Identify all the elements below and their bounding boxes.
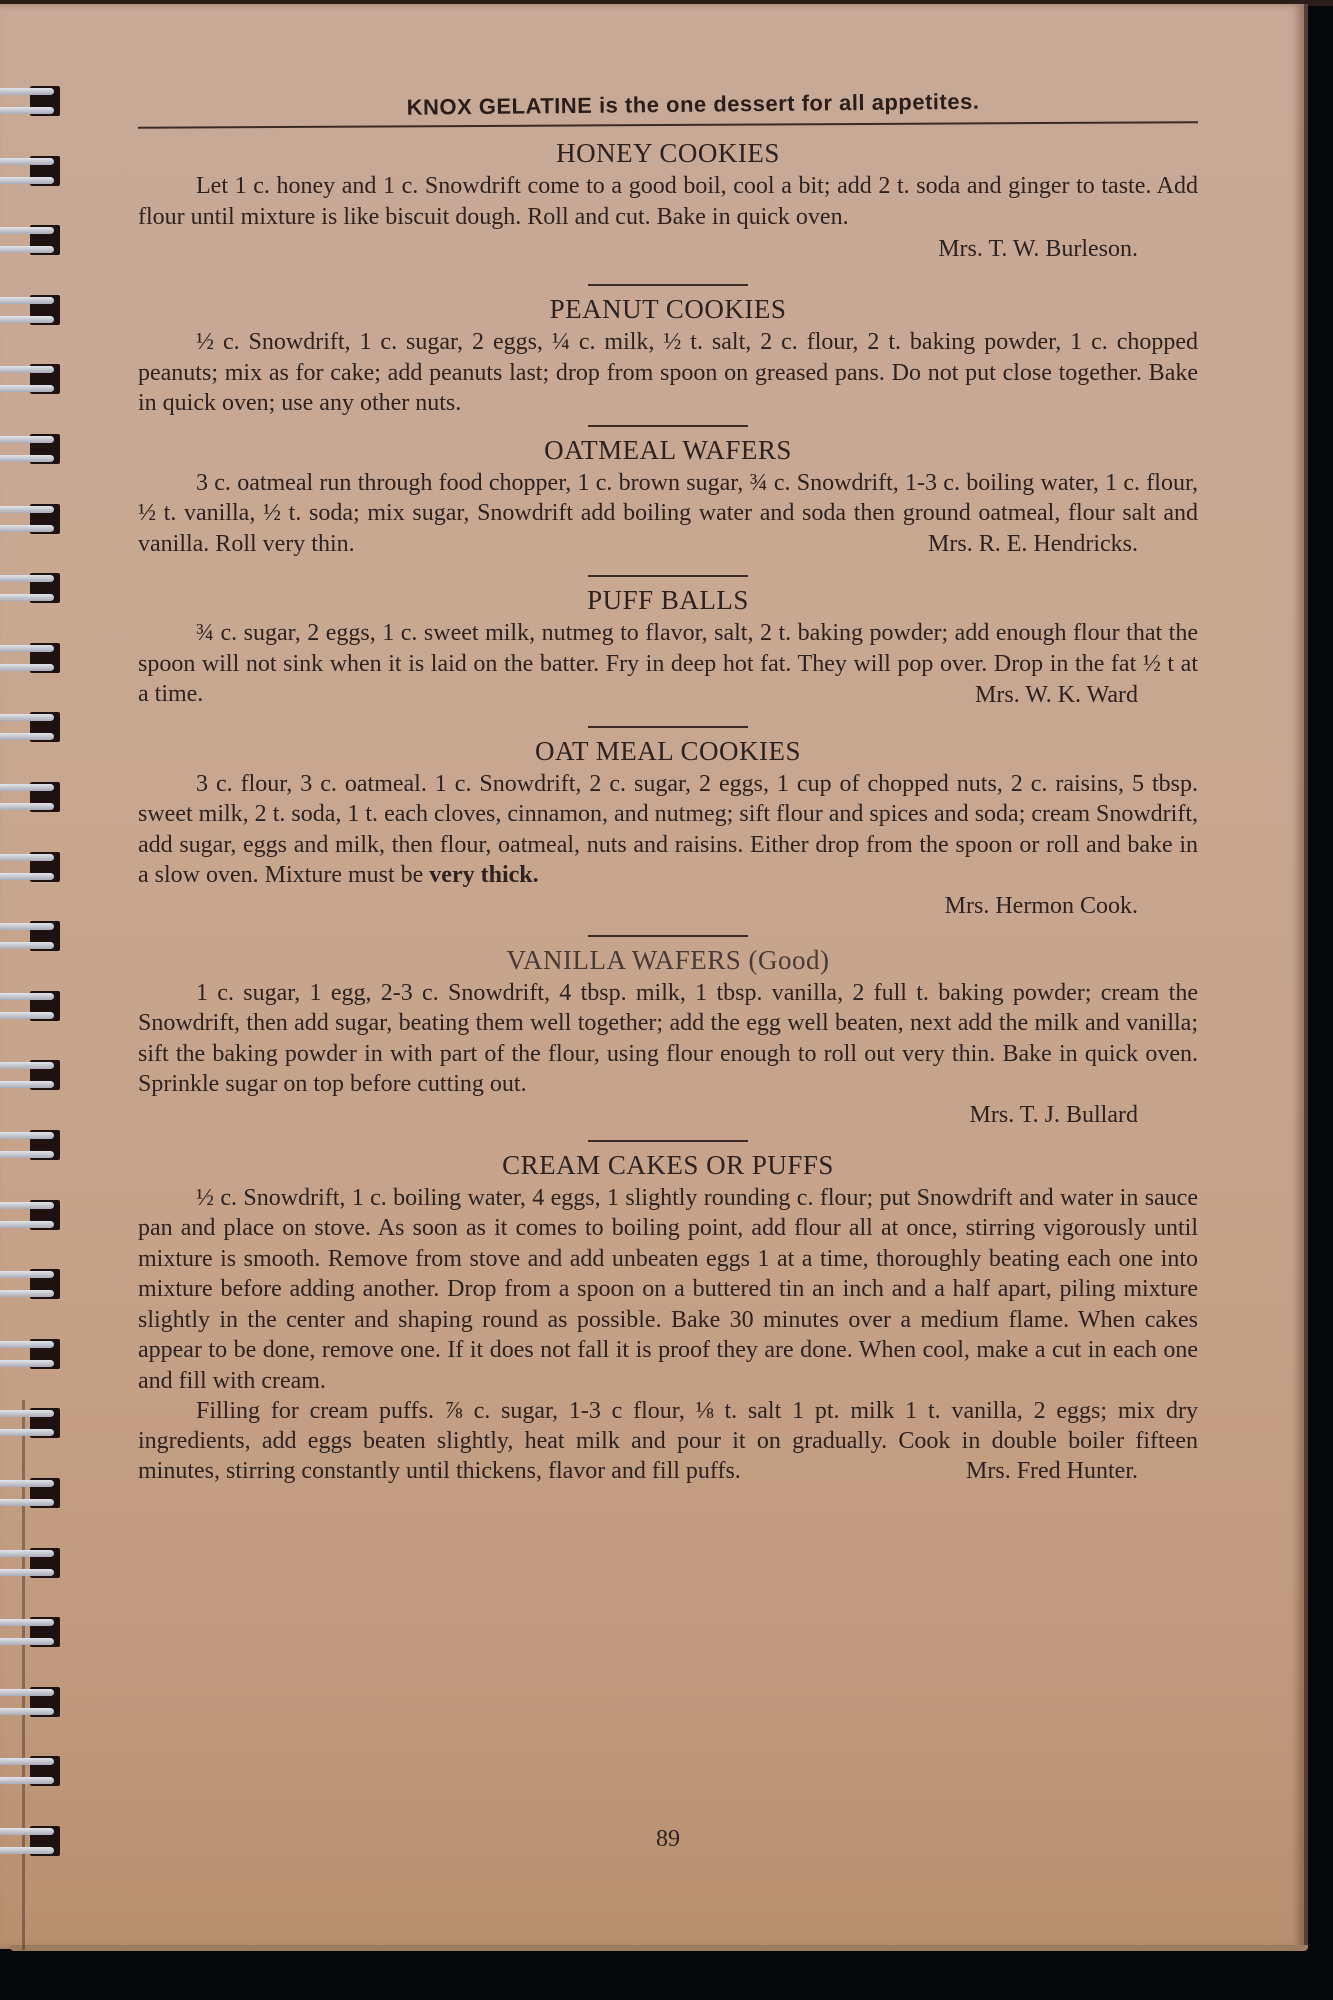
wire-loop [0,525,54,532]
wire-loop [0,1550,54,1557]
wire-loop [0,1480,54,1487]
recipe-author: Mrs. T. W. Burleson. [138,234,1198,264]
recipe-oatmeal-wafers: OATMEAL WAFERS 3 c. oatmeal run through … [138,435,1198,560]
spiral-coil [0,1058,70,1118]
recipe-peanut-cookies: PEANUT COOKIES ½ c. Snowdrift, 1 c. suga… [138,294,1198,419]
wire-loop [0,1290,54,1297]
wire-loop [0,1202,54,1209]
wire-loop [0,873,54,880]
wire-loop [0,1271,54,1278]
spiral-coil [0,1198,70,1258]
spiral-coil [0,154,70,214]
wire-loop [0,246,54,253]
wire-loop [0,366,54,373]
spiral-coil [0,1824,70,1884]
spiral-coil [0,502,70,562]
recipe-title: PUFF BALLS [138,585,1198,616]
spiral-coil [0,84,70,144]
wire-loop [0,1689,54,1696]
wire-loop [0,733,54,740]
spiral-coil [0,1754,70,1814]
spiral-coil [0,1615,70,1675]
section-divider [588,935,748,937]
wire-loop [0,1012,54,1019]
wire-loop [0,854,54,861]
wire-loop [0,158,54,165]
spiral-coil [0,989,70,1049]
spiral-coil [0,1337,70,1397]
spiral-coil [0,919,70,979]
recipe-title: HONEY COOKIES [138,138,1198,169]
spiral-coil [0,432,70,492]
spiral-coil [0,293,70,353]
wire-loop [0,177,54,184]
wire-loop [0,803,54,810]
wire-loop [0,506,54,513]
recipe-author: Mrs. Hermon Cook. [138,891,1198,921]
wire-loop [0,942,54,949]
recipe-author: Mrs. T. J. Bullard [138,1100,1198,1130]
wire-loop [0,1151,54,1158]
wire-loop [0,1360,54,1367]
spiral-coil [0,362,70,422]
spiral-coil [0,1546,70,1606]
recipe-body: Let 1 c. honey and 1 c. Snowdrift come t… [138,171,1198,232]
recipe-title: OAT MEAL COOKIES [138,736,1198,767]
wire-loop [0,1708,54,1715]
section-divider [588,726,748,728]
spiral-coil [0,571,70,631]
wire-loop [0,227,54,234]
section-divider [588,284,748,286]
wire-loop [0,1410,54,1417]
recipe-title: VANILLA WAFERS (Good) [138,945,1198,976]
recipe-vanilla-wafers: VANILLA WAFERS (Good) 1 c. sugar, 1 egg,… [138,945,1198,1130]
section-divider [588,575,748,577]
wire-loop [0,1429,54,1436]
recipe-cream-cakes-or-puffs: CREAM CAKES OR PUFFS ½ c. Snowdrift, 1 c… [138,1150,1198,1487]
recipe-title: OATMEAL WAFERS [138,435,1198,466]
spiral-coil [0,780,70,840]
wire-loop [0,436,54,443]
wire-loop [0,594,54,601]
wire-loop [0,645,54,652]
recipe-body: 1 c. sugar, 1 egg, 2-3 c. Snowdrift, 4 t… [138,978,1198,1100]
spiral-coil [0,1685,70,1745]
spiral-coil [0,1476,70,1536]
wire-loop [0,1758,54,1765]
wire-loop [0,1638,54,1645]
recipe-title: PEANUT COOKIES [138,294,1198,325]
wire-loop [0,297,54,304]
wire-loop [0,1828,54,1835]
wire-loop [0,1062,54,1069]
wire-loop [0,1847,54,1854]
recipe-title: CREAM CAKES OR PUFFS [138,1150,1198,1181]
running-head: KNOX GELATINE is the one dessert for all… [138,86,1198,123]
section-divider [588,425,748,427]
wire-loop [0,784,54,791]
wire-loop [0,575,54,582]
recipe-body-emphasis: very thick. [429,862,538,888]
recipe-oat-meal-cookies: OAT MEAL COOKIES 3 c. flour, 3 c. oatmea… [138,736,1198,921]
page-stack-edge [10,1945,1308,1951]
section-divider [588,1140,748,1142]
page-content: KNOX GELATINE is the one dessert for all… [138,92,1198,1486]
wire-loop [0,1341,54,1348]
wire-loop [0,385,54,392]
wire-loop [0,316,54,323]
spiral-binding [0,0,90,2000]
wire-loop [0,1081,54,1088]
wire-loop [0,1221,54,1228]
spiral-coil [0,641,70,701]
wire-loop [0,714,54,721]
spiral-coil [0,1128,70,1188]
wire-loop [0,923,54,930]
page-number: 89 [138,1826,1198,1853]
recipe-author: Mrs. W. K. Ward [138,680,1198,710]
wire-loop [0,1619,54,1626]
recipe-body: 3 c. flour, 3 c. oatmeal. 1 c. Snowdrift… [138,769,1198,891]
recipe-puff-balls: PUFF BALLS ¾ c. sugar, 2 eggs, 1 c. swee… [138,585,1198,710]
wire-loop [0,664,54,671]
wire-loop [0,88,54,95]
spiral-coil [0,1406,70,1466]
running-head-rule [138,121,1198,129]
spiral-coil [0,1267,70,1327]
spiral-coil [0,223,70,283]
wire-loop [0,1777,54,1784]
spiral-coil [0,710,70,770]
wire-loop [0,1132,54,1139]
wire-loop [0,1569,54,1576]
wire-loop [0,1499,54,1506]
recipe-honey-cookies: HONEY COOKIES Let 1 c. honey and 1 c. Sn… [138,138,1198,264]
wire-loop [0,107,54,114]
wire-loop [0,993,54,1000]
recipe-body: ½ c. Snowdrift, 1 c. boiling water, 4 eg… [138,1183,1198,1397]
recipe-body-text: 3 c. flour, 3 c. oatmeal. 1 c. Snowdrift… [138,771,1198,889]
spiral-coil [0,850,70,910]
recipe-body: ½ c. Snowdrift, 1 c. sugar, 2 eggs, ¼ c.… [138,327,1198,419]
wire-loop [0,455,54,462]
